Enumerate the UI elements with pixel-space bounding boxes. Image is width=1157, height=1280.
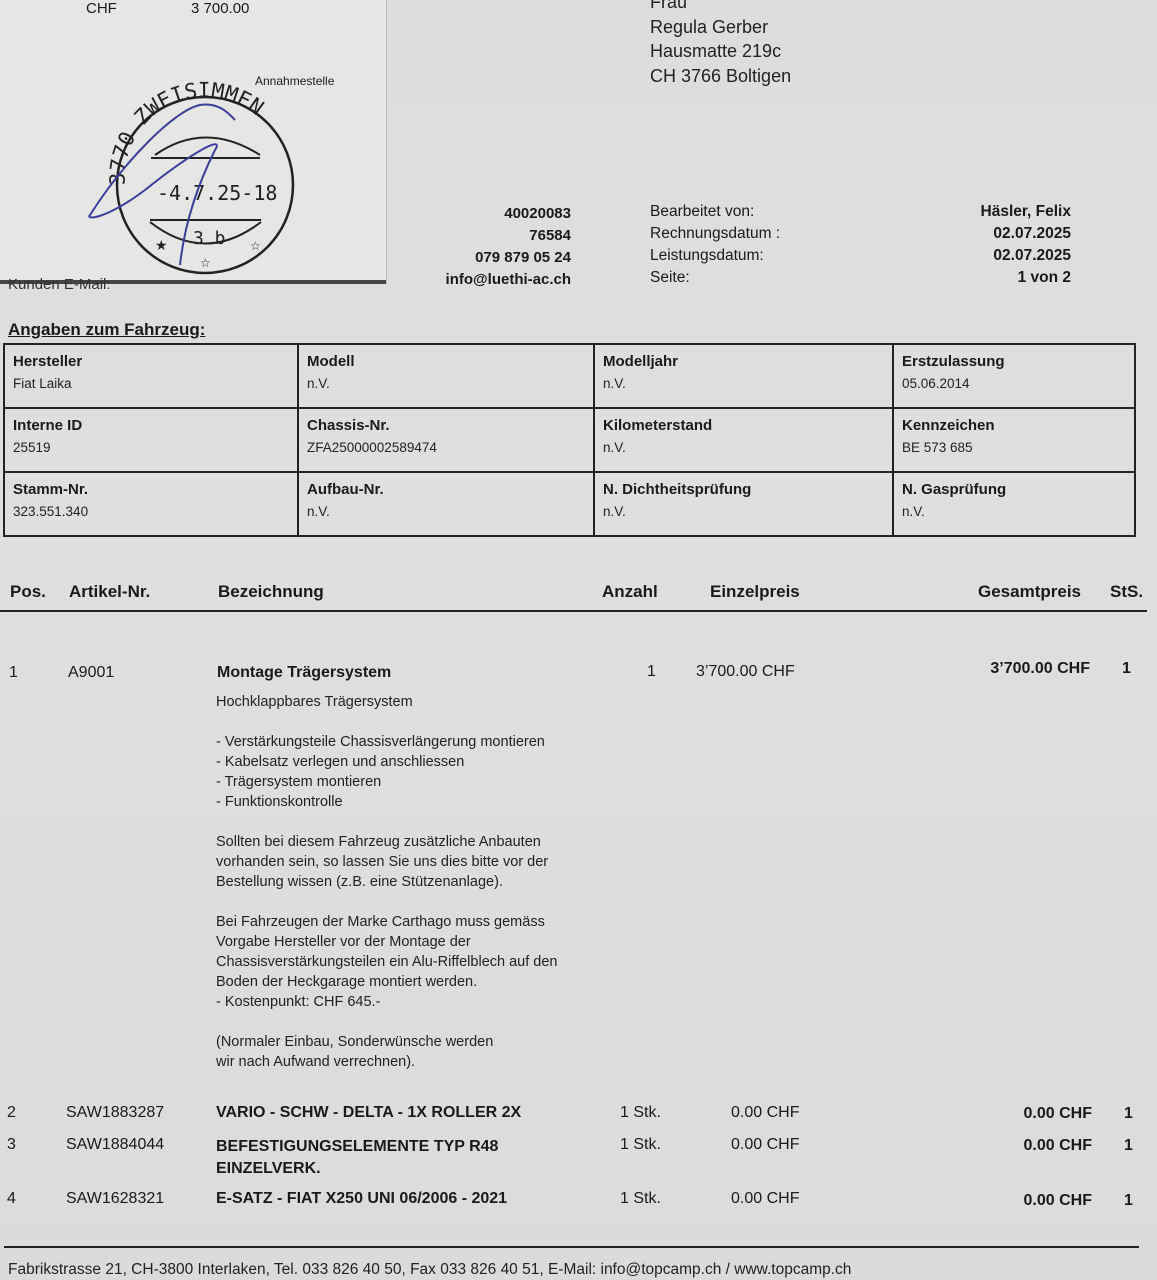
customer-number: 40020083	[504, 205, 571, 222]
vehicle-row: HerstellerFiat Laika Modelln.V. Modellja…	[4, 344, 1135, 408]
col-header-tax: StS.	[1110, 582, 1143, 602]
item-tax-code: 1	[1124, 1137, 1133, 1155]
vehicle-cell-model: Modelln.V.	[298, 344, 594, 408]
item-qty: 1 Stk.	[620, 1190, 661, 1208]
col-header-pos: Pos.	[10, 582, 46, 602]
vehicle-cell-first-registration: Erstzulassung05.06.2014	[893, 344, 1135, 408]
item-total: 3’700.00 CHF	[990, 660, 1090, 678]
slip-currency: CHF	[86, 0, 117, 17]
company-footer: Fabrikstrasse 21, CH-3800 Interlaken, Te…	[8, 1261, 851, 1279]
item-unit-price: 0.00 CHF	[731, 1104, 799, 1122]
item-details: - Verstärkungsteile Chassisverlängerung …	[216, 732, 557, 1072]
recipient-name: Regula Gerber	[650, 17, 768, 38]
vehicle-cell-master-number: Stamm-Nr.323.551.340	[4, 472, 298, 536]
item-pos: 4	[7, 1190, 16, 1208]
customer-email-label: Kunden E-Mail:	[8, 276, 111, 293]
recipient-street: Hausmatte 219c	[650, 41, 781, 62]
svg-text:☆: ☆	[200, 256, 211, 270]
postmark-counter: 3 b	[193, 228, 226, 249]
meta-value-page: 1 von 2	[1018, 269, 1071, 287]
vehicle-cell-mileage: Kilometerstandn.V.	[594, 408, 893, 472]
col-header-qty: Anzahl	[602, 582, 658, 602]
postmark-place: 3770 ZWEISIMMEN	[106, 78, 269, 185]
meta-label-invoice-date: Rechnungsdatum :	[650, 225, 780, 243]
vehicle-cell-manufacturer: HerstellerFiat Laika	[4, 344, 298, 408]
header-divider	[0, 610, 1147, 612]
item-title: VARIO - SCHW - DELTA - 1X ROLLER 2X	[216, 1104, 521, 1122]
svg-text:★: ★	[155, 237, 168, 253]
customer-phone: 079 879 05 24	[475, 249, 571, 266]
item-unit-price: 0.00 CHF	[731, 1190, 799, 1208]
vehicle-cell-internal-id: Interne ID25519	[4, 408, 298, 472]
meta-value-processed-by: Häsler, Felix	[981, 203, 1071, 221]
vehicle-row: Stamm-Nr.323.551.340 Aufbau-Nr.n.V. N. D…	[4, 472, 1135, 536]
item-title: BEFESTIGUNGSELEMENTE TYP R48 EINZELVERK.	[216, 1136, 498, 1180]
item-title: Montage Trägersystem	[217, 664, 391, 682]
item-total: 0.00 CHF	[1024, 1192, 1092, 1210]
item-qty: 1 Stk.	[620, 1104, 661, 1122]
item-pos: 1	[9, 664, 18, 682]
svg-text:☆: ☆	[250, 239, 261, 253]
vehicle-cell-license-plate: KennzeichenBE 573 685	[893, 408, 1135, 472]
item-qty: 1	[647, 663, 656, 681]
meta-value-service-date: 02.07.2025	[993, 247, 1071, 265]
item-article: SAW1628321	[66, 1190, 164, 1208]
item-tax-code: 1	[1124, 1105, 1133, 1123]
footer-divider	[4, 1246, 1139, 1248]
order-number: 76584	[529, 227, 571, 244]
col-header-article: Artikel-Nr.	[69, 582, 150, 602]
meta-label-page: Seite:	[650, 269, 690, 287]
item-article: SAW1883287	[66, 1104, 164, 1122]
item-pos: 3	[7, 1136, 16, 1154]
item-unit-price: 3’700.00 CHF	[696, 663, 795, 681]
col-header-description: Bezeichnung	[218, 582, 324, 602]
item-article: SAW1884044	[66, 1136, 164, 1154]
recipient-salutation: Frau	[650, 0, 687, 13]
vehicle-info-table: HerstellerFiat Laika Modelln.V. Modellja…	[3, 343, 1136, 537]
svg-text:3770 ZWEISIMMEN: 3770 ZWEISIMMEN	[106, 78, 269, 185]
item-qty: 1 Stk.	[620, 1136, 661, 1154]
vehicle-cell-body-number: Aufbau-Nr.n.V.	[298, 472, 594, 536]
vehicle-section-title: Angaben zum Fahrzeug:	[8, 320, 205, 340]
item-unit-price: 0.00 CHF	[731, 1136, 799, 1154]
item-total: 0.00 CHF	[1024, 1105, 1092, 1123]
payment-receipt-slip: CHF 3 700.00 Annahmestelle 3770 ZWEISIMM…	[0, 0, 387, 284]
item-article: A9001	[68, 664, 114, 682]
vehicle-cell-gas-test: N. Gasprüfungn.V.	[893, 472, 1135, 536]
slip-amount: 3 700.00	[191, 0, 249, 17]
col-header-unit-price: Einzelpreis	[710, 582, 800, 602]
item-subtitle: Hochklappbares Trägersystem	[216, 692, 413, 712]
item-title: E-SATZ - FIAT X250 UNI 06/2006 - 2021	[216, 1190, 507, 1208]
item-total: 0.00 CHF	[1024, 1137, 1092, 1155]
postmark-stamp-icon: 3770 ZWEISIMMEN -4.7.25-18 3 b ★ ☆ ☆	[85, 60, 315, 290]
col-header-total: Gesamtpreis	[978, 582, 1081, 602]
meta-value-invoice-date: 02.07.2025	[993, 225, 1071, 243]
vehicle-cell-seal-test: N. Dichtheitsprüfungn.V.	[594, 472, 893, 536]
vehicle-cell-chassis-number: Chassis-Nr.ZFA25000002589474	[298, 408, 594, 472]
item-tax-code: 1	[1124, 1192, 1133, 1210]
meta-label-service-date: Leistungsdatum:	[650, 247, 764, 265]
recipient-city: CH 3766 Boltigen	[650, 66, 791, 87]
item-tax-code: 1	[1122, 660, 1131, 678]
vehicle-cell-model-year: Modelljahrn.V.	[594, 344, 893, 408]
meta-label-processed-by: Bearbeitet von:	[650, 203, 754, 221]
item-pos: 2	[7, 1104, 16, 1122]
postmark-date: -4.7.25-18	[157, 181, 277, 205]
customer-email: info@luethi-ac.ch	[446, 271, 571, 288]
vehicle-row: Interne ID25519 Chassis-Nr.ZFA2500000258…	[4, 408, 1135, 472]
